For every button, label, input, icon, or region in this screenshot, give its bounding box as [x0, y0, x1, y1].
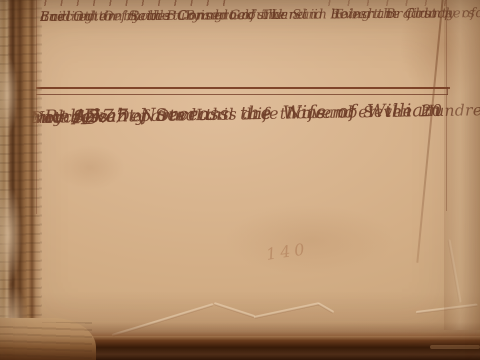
under-page-shading — [444, 0, 480, 330]
page-edge-highlight — [430, 345, 480, 349]
flourish-dash: — — [44, 104, 61, 132]
paper-stain — [55, 145, 125, 190]
top-entry-line: Laid in the Said Burying Ground — [40, 6, 283, 28]
page-stack-texture — [0, 322, 92, 360]
paper-stain — [225, 205, 395, 275]
manuscript-photo: Erected On Robert Braddock's Land in Eve… — [0, 0, 480, 360]
cutoff-line-strokes — [38, 0, 238, 6]
section-divider-rule — [36, 94, 448, 95]
section-divider-rule — [36, 87, 450, 89]
entry-year: 1777 — [70, 102, 132, 131]
